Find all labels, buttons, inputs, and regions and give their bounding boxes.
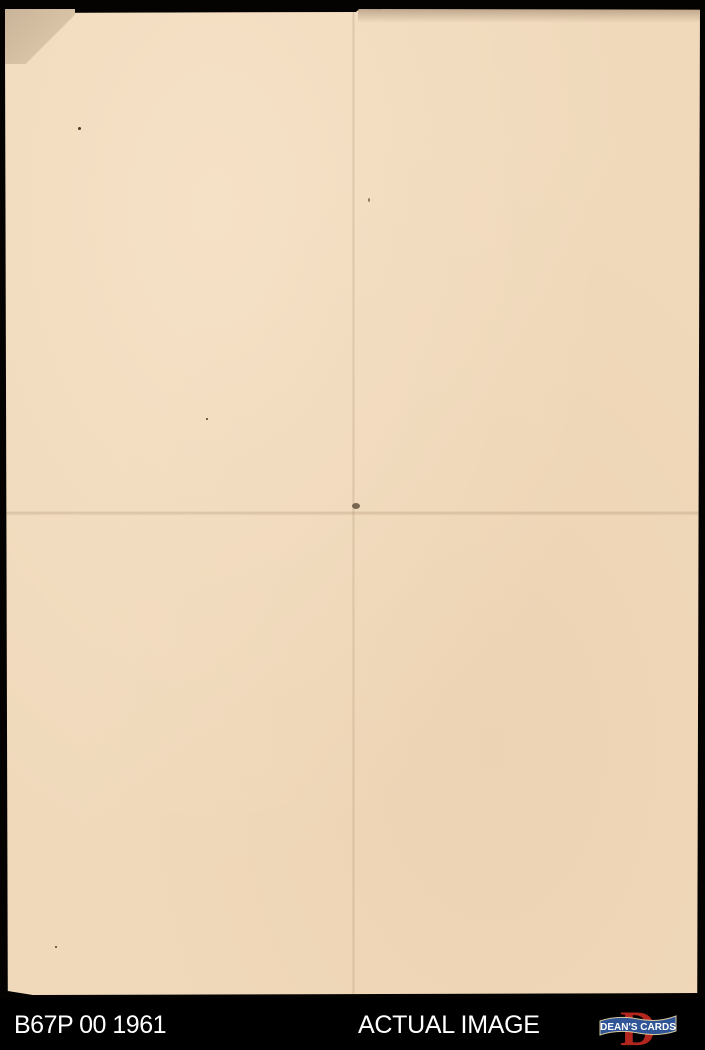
paper-speck xyxy=(78,127,81,130)
fold-intersection-mark xyxy=(352,503,360,509)
paper-speck xyxy=(368,198,370,202)
svg-text:DEAN'S CARDS: DEAN'S CARDS xyxy=(600,1022,676,1033)
paper-speck xyxy=(206,418,208,420)
folded-corner xyxy=(5,9,75,64)
scanned-paper-image xyxy=(0,0,705,998)
paper-speck xyxy=(55,946,57,948)
actual-image-label: ACTUAL IMAGE xyxy=(358,1011,540,1040)
paper-sheet xyxy=(5,9,700,995)
item-code: B67P 00 1961 xyxy=(14,1011,166,1040)
footer-bar: B67P 00 1961 ACTUAL IMAGE D DEAN'S CARDS xyxy=(0,998,705,1050)
paper-top-shadow xyxy=(358,9,700,23)
deans-cards-logo-icon: D DEAN'S CARDS xyxy=(598,1003,678,1048)
